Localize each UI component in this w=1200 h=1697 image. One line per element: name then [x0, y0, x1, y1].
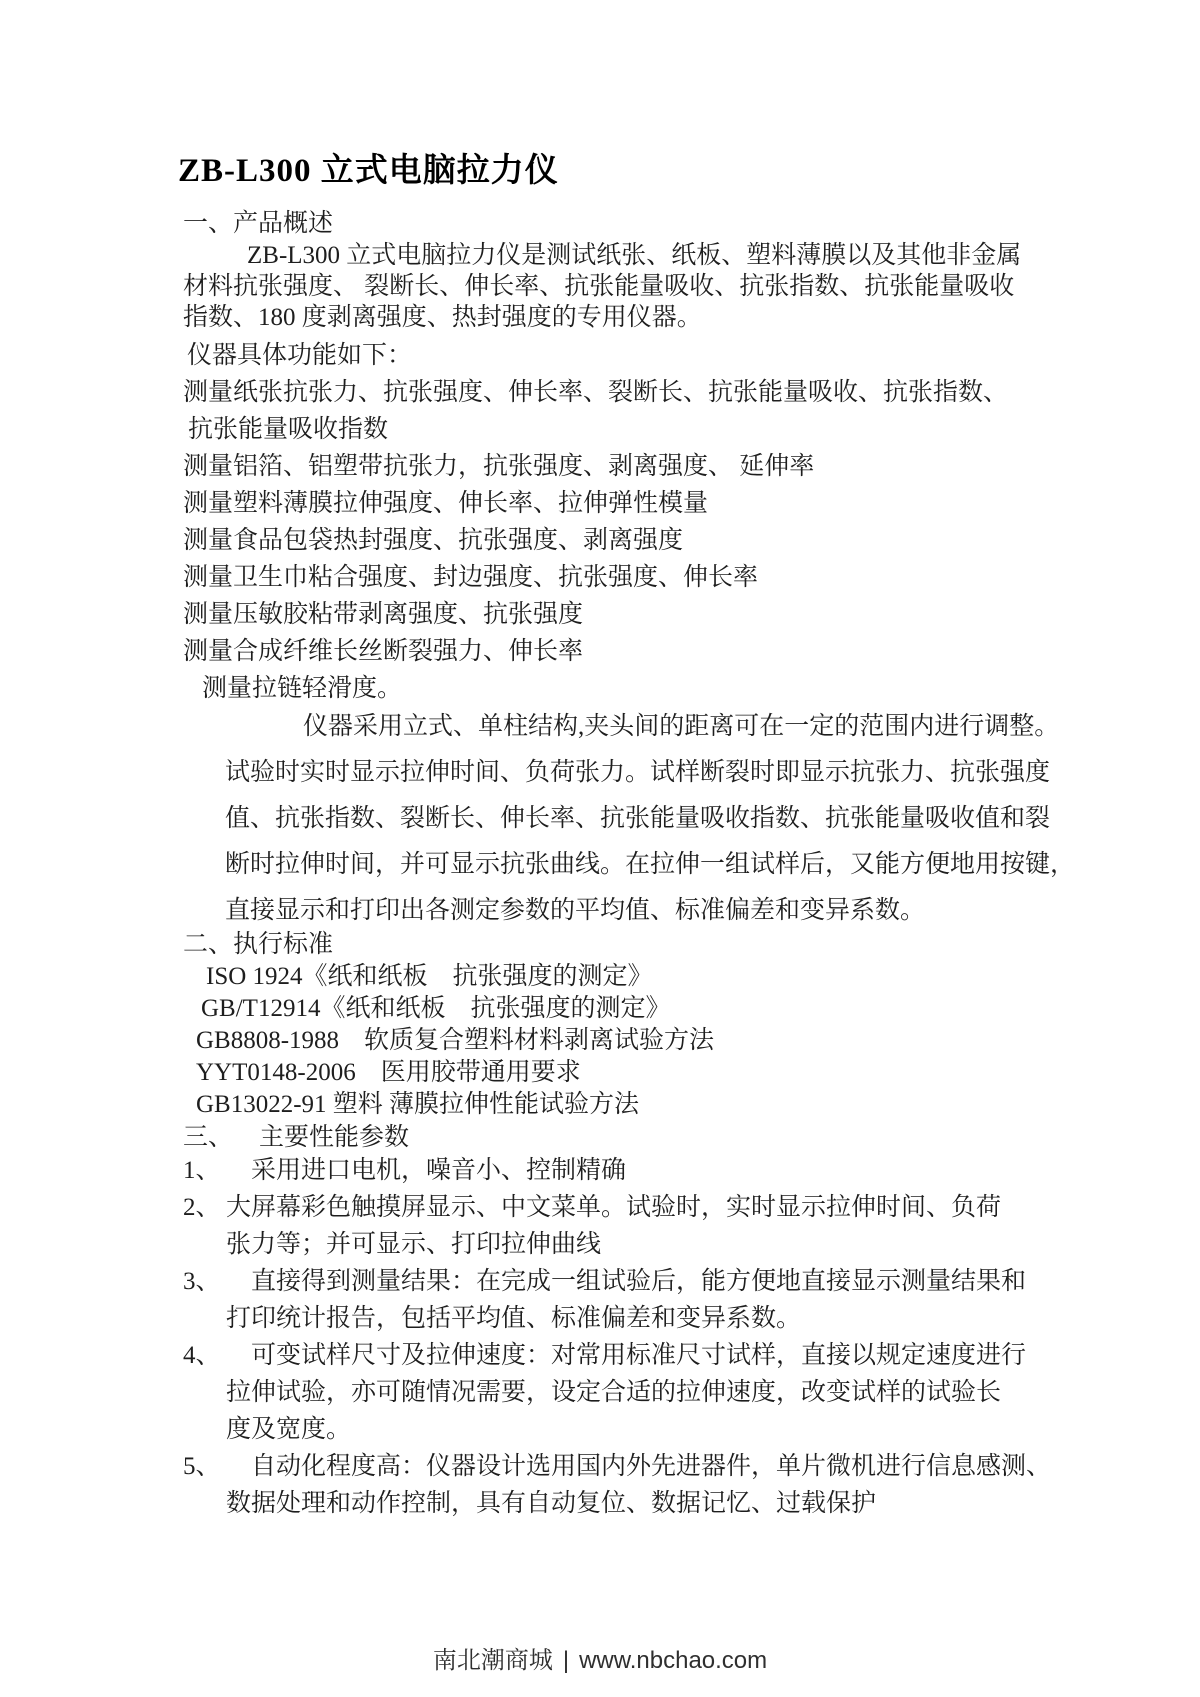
section-heading-standards: 二、执行标准 — [183, 929, 1063, 960]
item-line: 度及宽度。 — [226, 1411, 1063, 1448]
section-title: 执行标准 — [233, 931, 333, 958]
item-marker: 4、 — [183, 1337, 226, 1448]
item-text: 大屏幕彩色触摸屏显示、中文菜单。试验时，实时显示拉伸时间、负荷 张力等；并可显示… — [226, 1189, 1063, 1263]
item-line: 打印统计报告，包括平均值、标准偏差和变异系数。 — [226, 1300, 1063, 1337]
description-line: 试验时实时显示拉伸时间、负荷张力。试样断裂时即显示抗张力、抗张强度 — [225, 750, 1075, 796]
performance-item: 3、 直接得到测量结果：在完成一组试验后，能方便地直接显示测量结果和 打印统计报… — [183, 1263, 1063, 1337]
function-line: 测量拉链轻滑度。 — [183, 670, 1063, 707]
item-text: 采用进口电机，噪音小、控制精确 — [226, 1152, 1063, 1189]
description-line: 直接显示和打印出各测定参数的平均值、标准偏差和变异系数。 — [225, 888, 1075, 934]
section-title: 主要性能参数 — [259, 1124, 409, 1151]
footer-separator: | — [563, 1647, 569, 1674]
item-marker: 2、 — [183, 1189, 226, 1263]
item-line: 张力等；并可显示、打印拉伸曲线 — [226, 1226, 1063, 1263]
footer-url: www.nbchao.com — [579, 1647, 767, 1674]
item-text: 可变试样尺寸及拉伸速度：对常用标准尺寸试样，直接以规定速度进行 拉伸试验，亦可随… — [226, 1337, 1063, 1448]
item-line: 数据处理和动作控制，具有自动复位、数据记忆、过载保护 — [226, 1485, 1063, 1522]
function-line: 测量卫生巾粘合强度、封边强度、抗张强度、伸长率 — [183, 559, 1063, 596]
document-title: ZB-L300 立式电脑拉力仪 — [178, 150, 1058, 192]
document-page: ZB-L300 立式电脑拉力仪 一、产品概述 ZB-L300 立式电脑拉力仪是测… — [0, 0, 1200, 1697]
function-line: 测量纸张抗张力、抗张强度、伸长率、裂断长、抗张能量吸收、抗张指数、 — [183, 374, 1063, 411]
item-marker: 3、 — [183, 1263, 226, 1337]
function-line: 抗张能量吸收指数 — [183, 411, 1063, 448]
performance-item: 5、 自动化程度高：仪器设计选用国内外先进器件，单片微机进行信息感测、 数据处理… — [183, 1448, 1063, 1522]
footer-brand: 南北潮商城 — [433, 1647, 553, 1674]
section-title: 产品概述 — [233, 210, 333, 237]
performance-item: 4、 可变试样尺寸及拉伸速度：对常用标准尺寸试样，直接以规定速度进行 拉伸试验，… — [183, 1337, 1063, 1448]
section-heading-overview: 一、产品概述 — [183, 208, 1063, 239]
standard-item: GB/T12914《纸和纸板 抗张强度的测定》 — [183, 993, 1063, 1025]
function-line: 测量合成纤维长丝断裂强力、伸长率 — [183, 633, 1063, 670]
item-line: 直接得到测量结果：在完成一组试验后，能方便地直接显示测量结果和 — [226, 1263, 1063, 1300]
intro-line: 材料抗张强度、 裂断长、伸长率、抗张能量吸收、抗张指数、抗张能量吸收 — [183, 271, 1063, 302]
function-line: 测量铝箔、铝塑带抗张力，抗张强度、剥离强度、 延伸率 — [183, 448, 1063, 485]
intro-line: ZB-L300 立式电脑拉力仪是测试纸张、纸板、塑料薄膜以及其他非金属 — [183, 240, 1063, 271]
section-heading-performance: 三、主要性能参数 — [183, 1122, 1063, 1153]
description-line: 值、抗张指数、裂断长、伸长率、抗张能量吸收指数、抗张能量吸收值和裂 — [225, 796, 1075, 842]
standard-item: YYT0148-2006 医用胶带通用要求 — [183, 1057, 1063, 1089]
functions-list: 测量纸张抗张力、抗张强度、伸长率、裂断长、抗张能量吸收、抗张指数、 抗张能量吸收… — [183, 374, 1063, 707]
item-line: 大屏幕彩色触摸屏显示、中文菜单。试验时，实时显示拉伸时间、负荷 — [226, 1189, 1063, 1226]
description-line: 仪器采用立式、单柱结构,夹头间的距离可在一定的范围内进行调整。 — [225, 704, 1075, 750]
section-number: 三、 — [183, 1124, 233, 1151]
function-line: 测量塑料薄膜拉伸强度、伸长率、拉伸弹性模量 — [183, 485, 1063, 522]
overview-description-paragraph: 仪器采用立式、单柱结构,夹头间的距离可在一定的范围内进行调整。 试验时实时显示拉… — [225, 704, 1075, 934]
standard-item: ISO 1924《纸和纸板 抗张强度的测定》 — [183, 961, 1063, 993]
item-text: 自动化程度高：仪器设计选用国内外先进器件，单片微机进行信息感测、 数据处理和动作… — [226, 1448, 1063, 1522]
function-line: 测量压敏胶粘带剥离强度、抗张强度 — [183, 596, 1063, 633]
section-number: 一、 — [183, 210, 233, 237]
functions-label: 仪器具体功能如下： — [183, 340, 1067, 371]
item-marker: 5、 — [183, 1448, 226, 1522]
description-line: 断时拉伸时间，并可显示抗张曲线。在拉伸一组试样后，又能方便地用按键， — [225, 842, 1075, 888]
item-marker: 1、 — [183, 1152, 226, 1189]
item-line: 拉伸试验，亦可随情况需要，设定合适的拉伸速度，改变试样的试验长 — [226, 1374, 1063, 1411]
standards-list: ISO 1924《纸和纸板 抗张强度的测定》 GB/T12914《纸和纸板 抗张… — [183, 961, 1063, 1121]
performance-item: 2、 大屏幕彩色触摸屏显示、中文菜单。试验时，实时显示拉伸时间、负荷 张力等；并… — [183, 1189, 1063, 1263]
item-line: 采用进口电机，噪音小、控制精确 — [226, 1152, 1063, 1189]
performance-item: 1、 采用进口电机，噪音小、控制精确 — [183, 1152, 1063, 1189]
function-line: 测量食品包袋热封强度、抗张强度、剥离强度 — [183, 522, 1063, 559]
overview-intro-paragraph: ZB-L300 立式电脑拉力仪是测试纸张、纸板、塑料薄膜以及其他非金属 材料抗张… — [183, 240, 1063, 333]
standard-item: GB8808-1988 软质复合塑料材料剥离试验方法 — [183, 1025, 1063, 1057]
item-line: 自动化程度高：仪器设计选用国内外先进器件，单片微机进行信息感测、 — [226, 1448, 1063, 1485]
standard-item: GB13022-91 塑料 薄膜拉伸性能试验方法 — [183, 1089, 1063, 1121]
page-footer: 南北潮商城|www.nbchao.com — [0, 1646, 1200, 1676]
performance-list: 1、 采用进口电机，噪音小、控制精确 2、 大屏幕彩色触摸屏显示、中文菜单。试验… — [183, 1152, 1063, 1522]
intro-line: 指数、180 度剥离强度、热封强度的专用仪器。 — [183, 302, 1063, 333]
section-number: 二、 — [183, 931, 233, 958]
item-text: 直接得到测量结果：在完成一组试验后，能方便地直接显示测量结果和 打印统计报告，包… — [226, 1263, 1063, 1337]
item-line: 可变试样尺寸及拉伸速度：对常用标准尺寸试样，直接以规定速度进行 — [226, 1337, 1063, 1374]
